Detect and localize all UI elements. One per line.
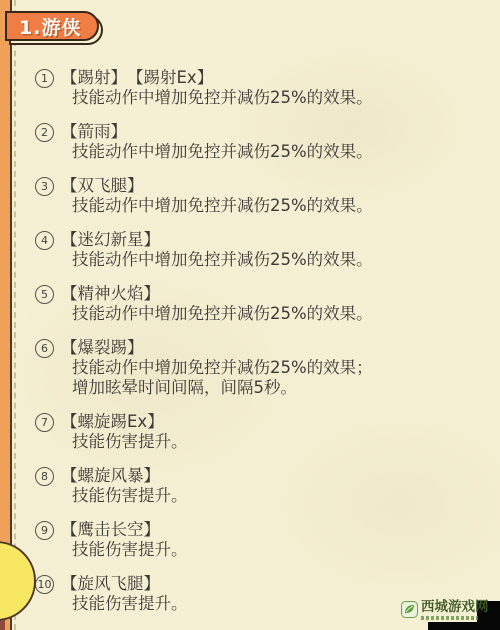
section-header-badge: 1.游侠	[5, 11, 99, 41]
skill-title: 【螺旋踢Ex】	[61, 412, 188, 432]
skill-body: 【精神火焰】 技能动作中增加免控并减伤25%的效果。	[61, 284, 373, 324]
skill-title: 【双飞腿】	[61, 176, 373, 196]
skill-number: 5	[35, 285, 54, 304]
skill-item: 1 【踢射】 【踢射Ex】 技能动作中增加免控并减伤25%的效果。	[35, 68, 492, 108]
skill-body: 【螺旋风暴】 技能伤害提升。	[61, 466, 188, 506]
skill-number: 3	[35, 177, 54, 196]
skill-desc-line: 技能动作中增加免控并减伤25%的效果。	[72, 142, 373, 162]
skill-body: 【双飞腿】 技能动作中增加免控并减伤25%的效果。	[61, 176, 373, 216]
watermark: 西城游戏网	[401, 599, 489, 620]
skill-desc: 技能伤害提升。	[61, 432, 188, 452]
watermark-tagline	[421, 616, 478, 620]
skill-desc-line: 技能动作中增加免控并减伤25%的效果；	[72, 358, 373, 378]
skill-body: 【箭雨】 技能动作中增加免控并减伤25%的效果。	[61, 122, 373, 162]
skill-item: 4 【迷幻新星】 技能动作中增加免控并减伤25%的效果。	[35, 230, 492, 270]
skill-body: 【踢射】 【踢射Ex】 技能动作中增加免控并减伤25%的效果。	[61, 68, 373, 108]
skill-desc-line: 增加眩晕时间间隔，间隔5秒。	[72, 378, 373, 398]
skill-number: 10	[35, 575, 54, 594]
black-corner-bottom	[428, 622, 500, 630]
skill-item: 8 【螺旋风暴】 技能伤害提升。	[35, 466, 492, 506]
skill-desc-line: 技能伤害提升。	[72, 432, 188, 452]
skill-title: 【旋风飞腿】	[61, 574, 188, 594]
skill-body: 【旋风飞腿】 技能伤害提升。	[61, 574, 188, 614]
skill-number: 9	[35, 521, 54, 540]
skill-desc: 技能伤害提升。	[61, 486, 188, 506]
skill-number: 6	[35, 339, 54, 358]
skill-desc: 技能伤害提升。	[61, 540, 188, 560]
skill-number: 8	[35, 467, 54, 486]
skill-title: 【爆裂踢】	[61, 338, 373, 358]
skill-item: 3 【双飞腿】 技能动作中增加免控并减伤25%的效果。	[35, 176, 492, 216]
skill-desc: 技能动作中增加免控并减伤25%的效果。	[61, 304, 373, 324]
dashed-margin-line	[14, 0, 16, 630]
skill-title: 【踢射】 【踢射Ex】	[61, 68, 373, 88]
skill-item: 7 【螺旋踢Ex】 技能伤害提升。	[35, 412, 492, 452]
skill-desc-line: 技能动作中增加免控并减伤25%的效果。	[72, 250, 373, 270]
skill-desc: 技能动作中增加免控并减伤25%的效果；增加眩晕时间间隔，间隔5秒。	[61, 358, 373, 398]
skill-item: 2 【箭雨】 技能动作中增加免控并减伤25%的效果。	[35, 122, 492, 162]
skill-title: 【螺旋风暴】	[61, 466, 188, 486]
skill-desc: 技能动作中增加免控并减伤25%的效果。	[61, 196, 373, 216]
section-title: 1.游侠	[19, 13, 81, 40]
skill-title: 【迷幻新星】	[61, 230, 373, 250]
skill-desc-line: 技能伤害提升。	[72, 594, 188, 614]
skill-number: 1	[35, 69, 54, 88]
skill-desc-line: 技能动作中增加免控并减伤25%的效果。	[72, 196, 373, 216]
skill-body: 【螺旋踢Ex】 技能伤害提升。	[61, 412, 188, 452]
left-margin-strip	[0, 0, 12, 630]
skill-body: 【鹰击长空】 技能伤害提升。	[61, 520, 188, 560]
watermark-leaf-icon	[401, 601, 418, 618]
skill-body: 【迷幻新星】 技能动作中增加免控并减伤25%的效果。	[61, 230, 373, 270]
skill-number: 2	[35, 123, 54, 142]
skill-item: 6 【爆裂踢】 技能动作中增加免控并减伤25%的效果；增加眩晕时间间隔，间隔5秒…	[35, 338, 492, 398]
skill-desc: 技能动作中增加免控并减伤25%的效果。	[61, 88, 373, 108]
skill-item: 5 【精神火焰】 技能动作中增加免控并减伤25%的效果。	[35, 284, 492, 324]
skill-desc: 技能动作中增加免控并减伤25%的效果。	[61, 250, 373, 270]
skill-desc-line: 技能动作中增加免控并减伤25%的效果。	[72, 304, 373, 324]
skill-desc-line: 技能动作中增加免控并减伤25%的效果。	[72, 88, 373, 108]
skill-desc: 技能动作中增加免控并减伤25%的效果。	[61, 142, 373, 162]
skill-title: 【精神火焰】	[61, 284, 373, 304]
skill-desc-line: 技能伤害提升。	[72, 486, 188, 506]
skill-number: 4	[35, 231, 54, 250]
skill-desc-line: 技能伤害提升。	[72, 540, 188, 560]
skill-title: 【箭雨】	[61, 122, 373, 142]
skill-number: 7	[35, 413, 54, 432]
skill-item: 9 【鹰击长空】 技能伤害提升。	[35, 520, 492, 560]
skill-list: 1 【踢射】 【踢射Ex】 技能动作中增加免控并减伤25%的效果。 2 【箭雨】…	[35, 68, 492, 628]
skill-desc: 技能伤害提升。	[61, 594, 188, 614]
skill-title: 【鹰击长空】	[61, 520, 188, 540]
watermark-site-name: 西城游戏网	[421, 599, 489, 615]
watermark-text-column: 西城游戏网	[421, 599, 489, 620]
skill-body: 【爆裂踢】 技能动作中增加免控并减伤25%的效果；增加眩晕时间间隔，间隔5秒。	[61, 338, 373, 398]
